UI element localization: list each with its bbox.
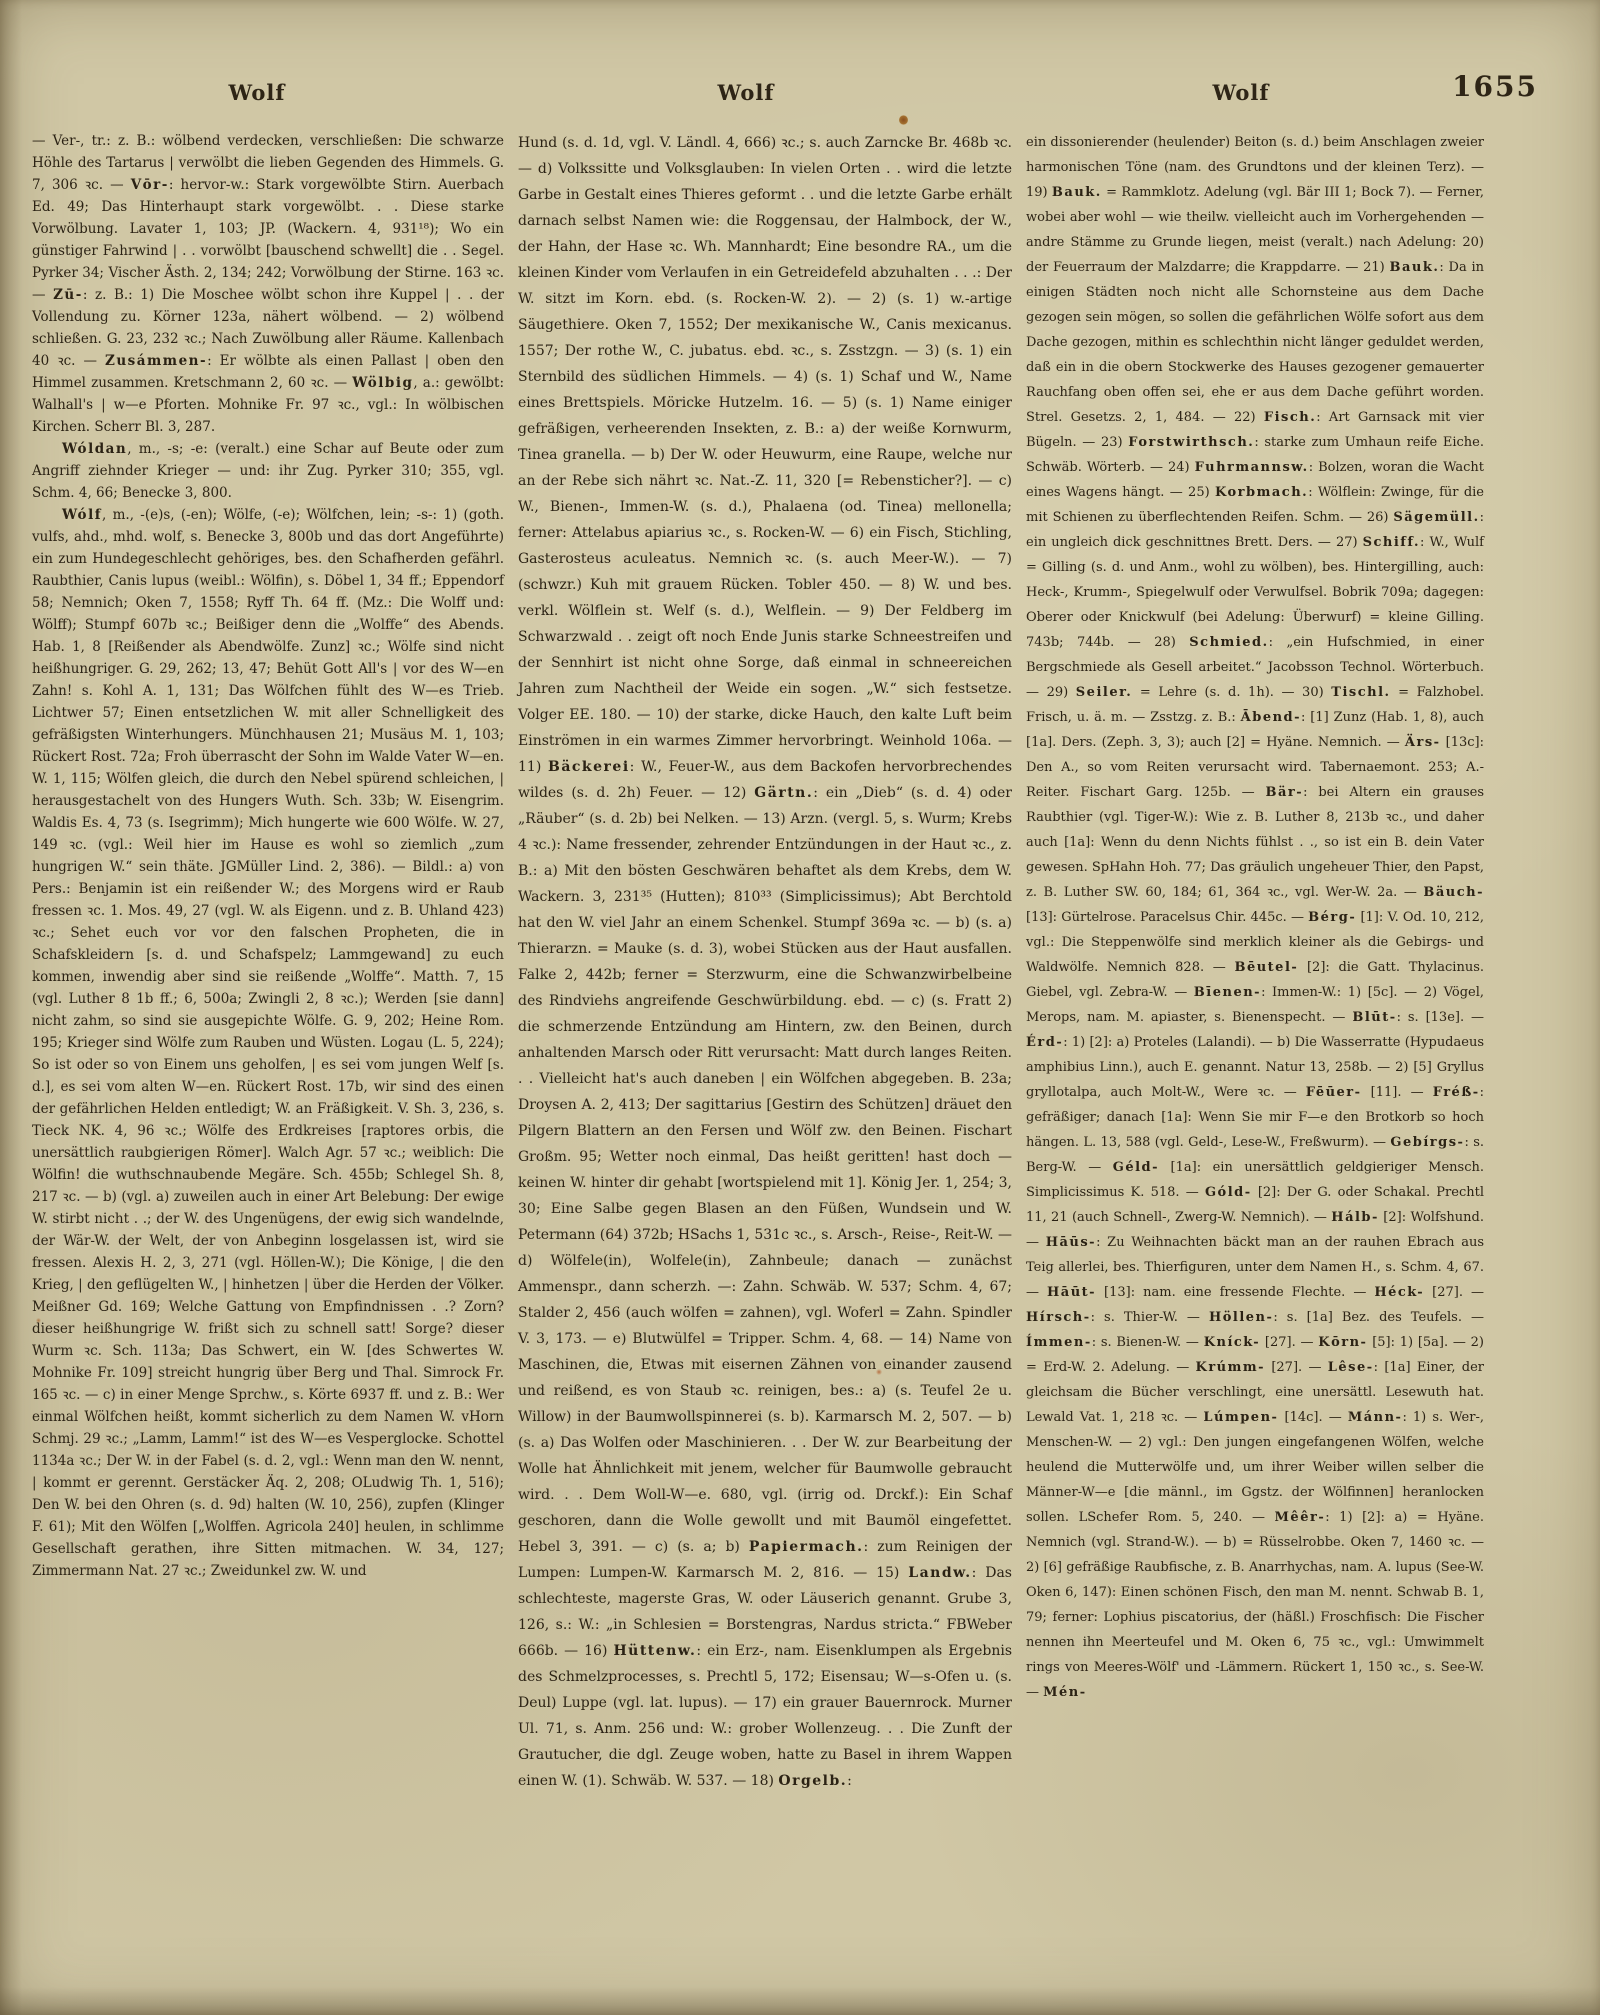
entry-headword: Tischl.: [1331, 685, 1390, 700]
entry-headword: Zusámmen-: [105, 353, 207, 369]
entry-headword: Fuhrmannsw.: [1195, 460, 1309, 475]
entry-headword: Ärs-: [1405, 735, 1441, 750]
entry-headword: Wölbig: [352, 375, 413, 391]
entry-headword: Mêêr-: [1275, 1510, 1326, 1525]
entry-headword: Fēūer-: [1306, 1085, 1362, 1100]
entry-headword: Bérg-: [1308, 910, 1356, 925]
entry-headword: Hāūs-: [1046, 1235, 1096, 1250]
entry-headword: Ímmen-: [1026, 1335, 1092, 1350]
entry-headword: Hálb-: [1331, 1210, 1379, 1225]
entry-headword: Hāūt-: [1047, 1285, 1096, 1300]
page-header: Wolf Wolf Wolf 1655: [0, 0, 1600, 120]
entry-headword: Vōr-: [131, 177, 169, 193]
entry-headword: Hüttenw.: [613, 1643, 696, 1659]
entry-headword: Höllen-: [1209, 1310, 1273, 1325]
column-1: — Ver-, tr.: z. B.: wölbend verdecken, v…: [32, 130, 504, 1582]
scanned-page: Wolf Wolf Wolf 1655 — Ver-, tr.: z. B.: …: [0, 0, 1600, 2015]
entry-headword: Héck-: [1374, 1285, 1424, 1300]
entry-headword: Mánn-: [1348, 1410, 1403, 1425]
entry-headword: Géld-: [1113, 1160, 1159, 1175]
entry-headword: Érd-: [1026, 1035, 1063, 1050]
running-title-left: Wolf: [229, 80, 286, 105]
entry-headword: Fréß-: [1433, 1085, 1480, 1100]
entry-headword: Bär-: [1265, 785, 1303, 800]
entry-headword: Gärtn.: [754, 785, 813, 801]
paragraph: ein dissonierender (heulender) Beiton (s…: [1026, 130, 1484, 1705]
entry-headword: Kōrn-: [1318, 1335, 1367, 1350]
entry-headword: Lêse-: [1328, 1360, 1374, 1375]
entry-headword: Seiler.: [1076, 685, 1133, 700]
running-title-right: Wolf: [1213, 80, 1270, 105]
text-columns: — Ver-, tr.: z. B.: wölbend verdecken, v…: [0, 130, 1600, 2015]
entry-headword: Krúmm-: [1196, 1360, 1266, 1375]
entry-headword: Gebírgs-: [1390, 1135, 1464, 1150]
entry-headword: Bauk.: [1390, 260, 1440, 275]
entry-headword: Wólf: [62, 507, 102, 523]
running-title-center: Wolf: [718, 80, 775, 105]
paragraph: Wóldan, m., -s; -e: (veralt.) eine Schar…: [32, 438, 504, 504]
entry-headword: Sägemüll.: [1393, 510, 1479, 525]
paragraph: Wólf, m., -(e)s, (-en); Wölfe, (-e); Wöl…: [32, 504, 504, 1582]
column-2: Hund (s. d. 1d, vgl. V. Ländl. 4, 666) ꝛ…: [518, 130, 1012, 1794]
entry-headword: Bäckerei: [548, 759, 630, 775]
entry-headword: Bēutel-: [1234, 960, 1298, 975]
entry-headword: Bauk.: [1052, 185, 1102, 200]
paragraph: Hund (s. d. 1d, vgl. V. Ländl. 4, 666) ꝛ…: [518, 130, 1012, 1794]
entry-headword: Schiff.: [1363, 535, 1420, 550]
entry-headword: Fisch.: [1264, 410, 1316, 425]
paragraph: — Ver-, tr.: z. B.: wölbend verdecken, v…: [32, 130, 504, 438]
entry-headword: Bäuch-: [1423, 885, 1484, 900]
entry-headword: Zū-: [53, 287, 83, 303]
entry-headword: Góld-: [1205, 1185, 1252, 1200]
entry-headword: Lúmpen-: [1203, 1410, 1278, 1425]
entry-headword: Orgelb.: [778, 1773, 847, 1789]
entry-headword: Papiermach.: [749, 1539, 864, 1555]
entry-headword: Schmied.: [1189, 635, 1268, 650]
entry-headword: Korbmach.: [1215, 485, 1308, 500]
entry-headword: Bīenen-: [1194, 985, 1261, 1000]
page-number: 1655: [1418, 70, 1538, 103]
entry-headword: Hírsch-: [1026, 1310, 1091, 1325]
entry-headword: Ābend-: [1241, 710, 1301, 725]
entry-headword: Blūt-: [1352, 1010, 1396, 1025]
entry-headword: Wóldan: [62, 441, 127, 457]
entry-headword: Forstwirthsch.: [1128, 435, 1254, 450]
entry-headword: Kníck-: [1204, 1335, 1260, 1350]
column-3: ein dissonierender (heulender) Beiton (s…: [1026, 130, 1484, 1705]
entry-headword: Landw.: [908, 1565, 971, 1581]
entry-headword: Mén-: [1043, 1685, 1087, 1700]
